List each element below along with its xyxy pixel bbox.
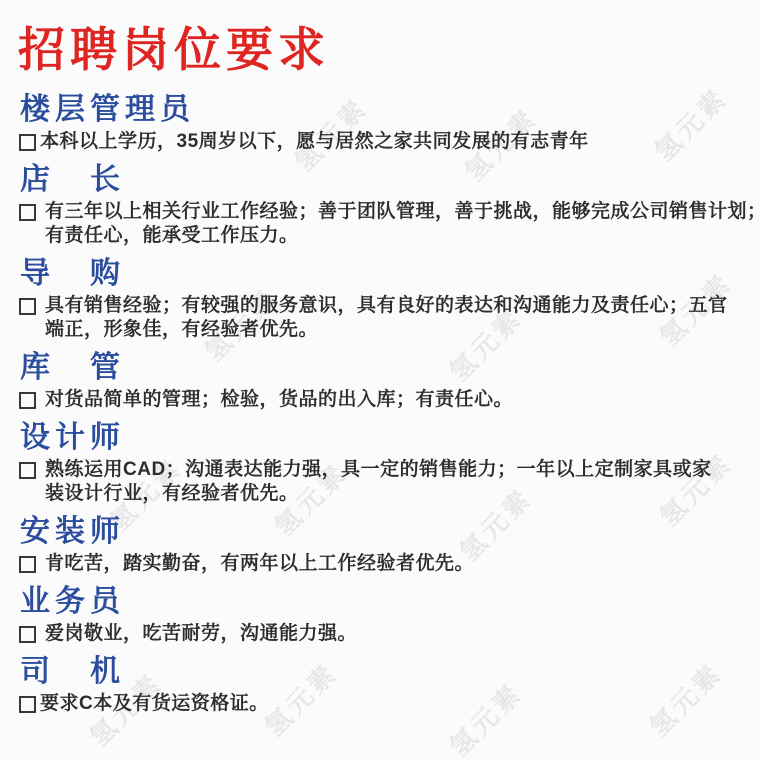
job-title: 楼层管理员 — [20, 94, 742, 126]
checkbox-icon — [19, 392, 36, 409]
requirement-line: 本科以上学历，35周岁以下，愿与居然之家共同发展的有志青年 — [40, 130, 589, 154]
job-section-shopping-guide: 导 购 具有销售经验；有较强的服务意识，具有良好的表达和沟通能力及责任心；五官 … — [18, 258, 742, 342]
requirement-line: 要求C本及有货运资格证。 — [40, 692, 269, 716]
job-title: 店 长 — [20, 164, 742, 196]
job-requirement: 爱岗敬业，吃苦耐劳，沟通能力强。 — [18, 622, 742, 646]
job-requirement: 肯吃苦，踏实勤奋，有两年以上工作经验者优先。 — [18, 552, 742, 576]
requirement-line: 有责任心，能承受工作压力。 — [45, 224, 760, 248]
checkbox-icon — [19, 462, 36, 479]
checkbox-icon — [19, 134, 36, 151]
page-title: 招聘岗位要求 — [18, 22, 742, 78]
recruitment-poster: 氢元素 氢元素 氢元素 氢元素 氢元素 氢元素 氢元素 氢元素 氢元素 氢元素 … — [0, 0, 760, 760]
job-section-designer: 设计师 熟练运用CAD；沟通表达能力强，具一定的销售能力；一年以上定制家具或家 … — [18, 422, 742, 506]
requirement-line: 端正，形象佳，有经验者优先。 — [45, 318, 728, 342]
job-section-store-manager: 店 长 有三年以上相关行业工作经验；善于团队管理，善于挑战，能够完成公司销售计划… — [18, 164, 742, 248]
requirement-line: 爱岗敬业，吃苦耐劳，沟通能力强。 — [45, 622, 357, 646]
job-requirement: 具有销售经验；有较强的服务意识，具有良好的表达和沟通能力及责任心；五官 端正，形… — [18, 294, 742, 342]
job-requirement: 对货品简单的管理；检验，货品的出入库；有责任心。 — [18, 388, 742, 412]
job-title: 设计师 — [20, 422, 742, 454]
job-title: 司 机 — [20, 656, 742, 688]
job-requirement: 有三年以上相关行业工作经验；善于团队管理，善于挑战，能够完成公司销售计划； 有责… — [18, 200, 742, 248]
job-title: 安装师 — [20, 516, 742, 548]
job-requirement: 熟练运用CAD；沟通表达能力强，具一定的销售能力；一年以上定制家具或家 装设计行… — [18, 458, 742, 506]
job-title: 库 管 — [20, 352, 742, 384]
poster-content: 招聘岗位要求 楼层管理员 本科以上学历，35周岁以下，愿与居然之家共同发展的有志… — [0, 0, 760, 716]
job-section-salesperson: 业务员 爱岗敬业，吃苦耐劳，沟通能力强。 — [18, 586, 742, 646]
checkbox-icon — [19, 696, 36, 713]
checkbox-icon — [19, 204, 36, 221]
requirement-line: 肯吃苦，踏实勤奋，有两年以上工作经验者优先。 — [45, 552, 474, 576]
checkbox-icon — [19, 556, 36, 573]
job-section-floor-manager: 楼层管理员 本科以上学历，35周岁以下，愿与居然之家共同发展的有志青年 — [18, 94, 742, 154]
job-requirement: 要求C本及有货运资格证。 — [18, 692, 742, 716]
checkbox-icon — [19, 298, 36, 315]
requirement-line: 具有销售经验；有较强的服务意识，具有良好的表达和沟通能力及责任心；五官 — [45, 294, 728, 318]
job-section-driver: 司 机 要求C本及有货运资格证。 — [18, 656, 742, 716]
job-title: 业务员 — [20, 586, 742, 618]
requirement-line: 装设计行业，有经验者优先。 — [45, 482, 712, 506]
requirement-line: 有三年以上相关行业工作经验；善于团队管理，善于挑战，能够完成公司销售计划； — [45, 200, 760, 224]
job-requirement: 本科以上学历，35周岁以下，愿与居然之家共同发展的有志青年 — [18, 130, 742, 154]
checkbox-icon — [19, 626, 36, 643]
job-section-installer: 安装师 肯吃苦，踏实勤奋，有两年以上工作经验者优先。 — [18, 516, 742, 576]
job-section-warehouse-keeper: 库 管 对货品简单的管理；检验，货品的出入库；有责任心。 — [18, 352, 742, 412]
requirement-line: 对货品简单的管理；检验，货品的出入库；有责任心。 — [45, 388, 513, 412]
requirement-line: 熟练运用CAD；沟通表达能力强，具一定的销售能力；一年以上定制家具或家 — [45, 458, 712, 482]
job-title: 导 购 — [20, 258, 742, 290]
